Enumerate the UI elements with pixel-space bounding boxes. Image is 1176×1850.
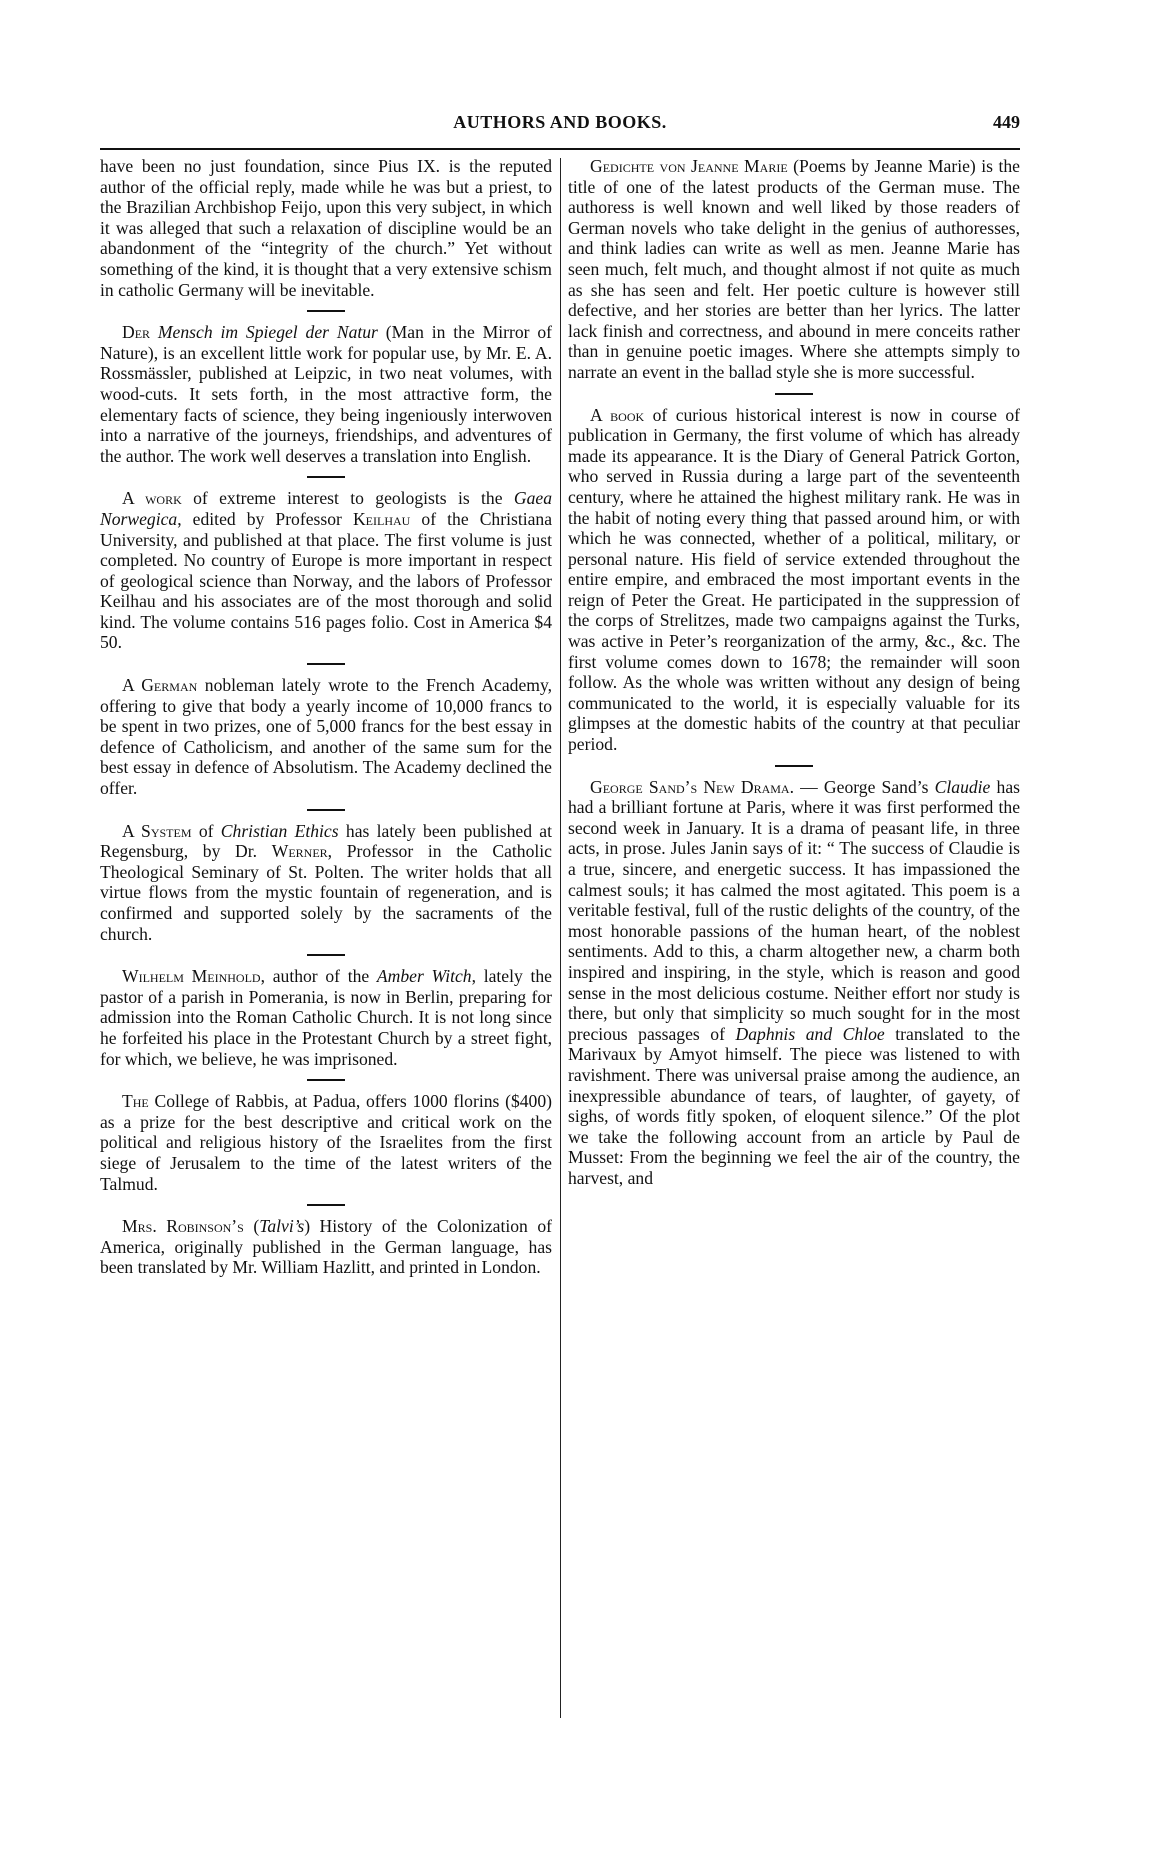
section-separator: [307, 310, 345, 312]
article-george-sand-drama: George Sand’s New Drama. — George Sand’s…: [568, 777, 1020, 1189]
paragraph-text: have been no just foundation, since Pius…: [100, 156, 552, 300]
article-gaea-norwegica: A work of extreme interest to geologists…: [100, 488, 552, 653]
paragraph-text: (Poems by Jeanne Marie) is the title of …: [568, 156, 1020, 382]
section-separator: [307, 954, 345, 956]
paragraph-text: , edited by Professor: [177, 509, 342, 529]
column-divider: [560, 158, 561, 1718]
lead-words: A work: [122, 488, 182, 508]
paragraph-text: of extreme interest to geologists is the: [193, 488, 502, 508]
lead-words: A German: [122, 675, 197, 695]
left-column: have been no just foundation, since Pius…: [100, 156, 552, 1278]
paragraph-text: (Man in the Mirror of Nature), is an exc…: [100, 322, 552, 466]
paragraph-text: , author of the: [261, 966, 370, 986]
lead-words: George Sand’s New Drama.: [590, 777, 794, 797]
paragraph-text: College of Rabbis, at Padua, offers 1000…: [100, 1091, 552, 1193]
article-college-of-rabbis: The College of Rabbis, at Padua, offers …: [100, 1091, 552, 1194]
article-pius-ix-continued: have been no just foundation, since Pius…: [100, 156, 552, 300]
article-gedichte-jeanne-marie: Gedichte von Jeanne Marie (Poems by Jean…: [568, 156, 1020, 383]
play-title: Claudie: [935, 777, 991, 797]
lead-words: A book: [590, 405, 644, 425]
paragraph-text: of the Christiana University, and publis…: [100, 509, 552, 653]
lead-words: Gedichte von Jeanne Marie: [590, 156, 788, 176]
book-title: Christian Ethics: [221, 821, 339, 841]
page-header: AUTHORS AND BOOKS. 449: [100, 112, 1020, 142]
author-name: Keilhau: [353, 509, 410, 529]
section-separator: [307, 1204, 345, 1206]
running-title: AUTHORS AND BOOKS.: [100, 112, 1020, 133]
section-separator: [307, 663, 345, 665]
section-separator: [775, 765, 813, 767]
section-separator: [775, 393, 813, 395]
article-mensch-im-spiegel: Der Mensch im Spiegel der Natur (Man in …: [100, 322, 552, 466]
author-name: Werner: [272, 841, 328, 861]
lead-words: Mrs. Robinson’s: [122, 1216, 244, 1236]
paragraph-text: of: [199, 821, 214, 841]
paragraph-text: of curious historical interest is now in…: [568, 405, 1020, 755]
section-separator: [307, 476, 345, 478]
paragraph-text: translated to the Marivaux by Amyot hims…: [568, 1024, 1020, 1188]
section-separator: [307, 809, 345, 811]
lead-words: A System: [122, 821, 192, 841]
right-column: Gedichte von Jeanne Marie (Poems by Jean…: [568, 156, 1020, 1189]
section-separator: [307, 1079, 345, 1081]
lead-words: Der: [122, 322, 150, 342]
page-number: 449: [993, 112, 1020, 133]
book-title: Amber Witch: [377, 966, 472, 986]
paragraph-text: — George Sand’s: [800, 777, 928, 797]
article-german-nobleman: A German nobleman lately wrote to the Fr…: [100, 675, 552, 799]
header-rule: [100, 148, 1020, 150]
two-column-body: have been no just foundation, since Pius…: [100, 156, 1020, 1726]
book-title: Daphnis and Chloe: [736, 1024, 885, 1044]
article-mrs-robinson: Mrs. Robinson’s (Talvi’s) History of the…: [100, 1216, 552, 1278]
lead-words: The: [122, 1091, 149, 1111]
article-gordon-diary: A book of curious historical interest is…: [568, 405, 1020, 755]
lead-words: Wilhelm Meinhold: [122, 966, 261, 986]
article-meinhold: Wilhelm Meinhold, author of the Amber Wi…: [100, 966, 552, 1069]
book-title: Talvi’s: [259, 1216, 304, 1236]
article-christian-ethics: A System of Christian Ethics has lately …: [100, 821, 552, 945]
paragraph-text: has had a brilliant fortune at Paris, wh…: [568, 777, 1020, 1044]
book-title: Mensch im Spiegel der Natur: [158, 322, 378, 342]
